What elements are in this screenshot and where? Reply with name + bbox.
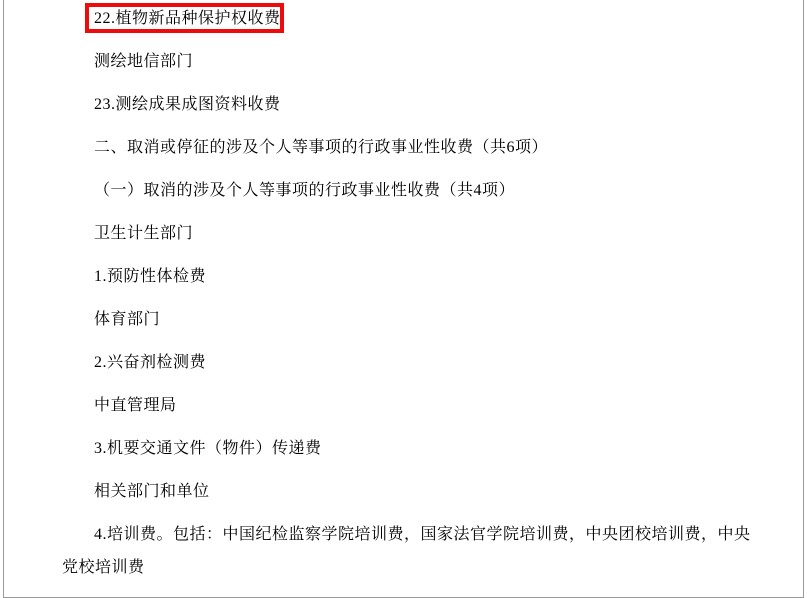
dept-surveying-geoinformation: 测绘地信部门 — [62, 45, 751, 78]
fee-item-4: 4.培训费。包括：中国纪检监察学院培训费，国家法官学院培训费，中央团校培训费，中… — [62, 518, 751, 584]
section-heading-2: 二、取消或停征的涉及个人等事项的行政事业性收费（共6项） — [62, 131, 751, 164]
dept-sports: 体育部门 — [62, 303, 751, 336]
dept-related-units: 相关部门和单位 — [62, 475, 751, 508]
document-viewport: 22.植物新品种保护权收费 测绘地信部门 23.测绘成果成图资料收费 二、取消或… — [0, 0, 807, 598]
fee-item-2: 2.兴奋剂检测费 — [62, 346, 751, 379]
subsection-heading-2-1: （一）取消的涉及个人等事项的行政事业性收费（共4项） — [62, 174, 751, 207]
fee-item-3: 3.机要交通文件（物件）传递费 — [62, 432, 751, 465]
document-page: 22.植物新品种保护权收费 测绘地信部门 23.测绘成果成图资料收费 二、取消或… — [3, 0, 804, 598]
document-content: 22.植物新品种保护权收费 测绘地信部门 23.测绘成果成图资料收费 二、取消或… — [4, 0, 803, 584]
fee-item-1: 1.预防性体检费 — [62, 260, 751, 293]
dept-health-family-planning: 卫生计生部门 — [62, 217, 751, 250]
fee-item-22: 22.植物新品种保护权收费 — [62, 2, 751, 35]
dept-central-admin-bureau: 中直管理局 — [62, 389, 751, 422]
fee-item-23: 23.测绘成果成图资料收费 — [62, 88, 751, 121]
